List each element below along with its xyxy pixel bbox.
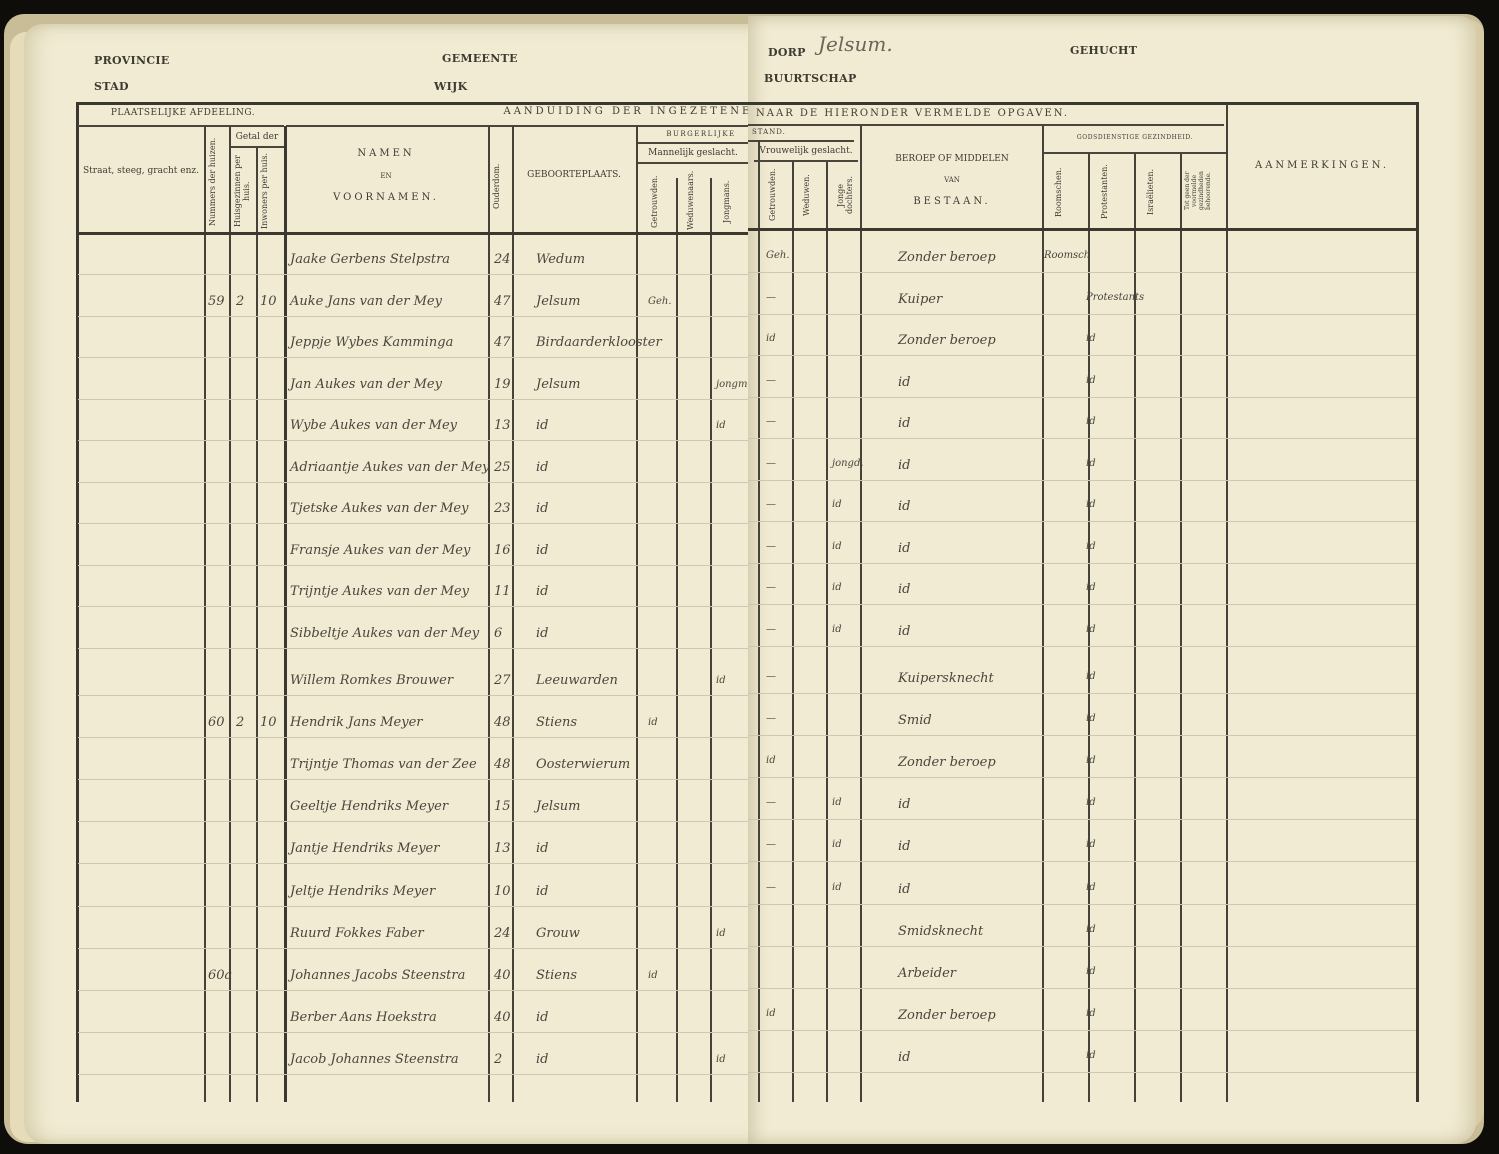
birthplace: id [536, 841, 548, 856]
married-female: — [766, 292, 776, 303]
unmarried-daughter: id [832, 499, 842, 510]
ruled-line [78, 274, 764, 275]
table-top-border [748, 102, 1418, 105]
bachelor: jongm. [716, 379, 751, 390]
col-divider [204, 126, 206, 1102]
protestant: id [1086, 966, 1096, 977]
ruled-line [748, 480, 1416, 481]
occupation: id [898, 797, 910, 812]
register-book: PROVINCIE STAD GEMEENTE WIJK PLAATSELIJK… [4, 14, 1484, 1144]
occupation: Smidsknecht [898, 924, 983, 939]
protestant: id [1086, 375, 1096, 386]
unmarried-daughter: id [832, 582, 842, 593]
straat-header: Straat, steeg, gracht enz. [82, 166, 200, 177]
divider [638, 162, 748, 164]
ruled-line [748, 777, 1416, 778]
ruled-line [748, 397, 1416, 398]
ruled-line [78, 316, 764, 317]
col-divider [758, 140, 760, 1102]
aanmerkingen-header: AANMERKINGEN. [1228, 160, 1416, 173]
divider [1044, 152, 1226, 154]
protestant: id [1086, 924, 1096, 935]
getal-der-header: Getal der [230, 132, 284, 143]
age: 48 [494, 757, 511, 772]
inwoners-header: Inwoners per huis. [260, 152, 269, 230]
divider [748, 124, 1224, 126]
occupation: id [898, 624, 910, 639]
col-divider [1180, 154, 1182, 1102]
ruled-line [748, 604, 1416, 605]
gemeente-label: GEMEENTE [442, 52, 518, 65]
age: 48 [494, 715, 511, 730]
occupation: id [898, 582, 910, 597]
birthplace: Stiens [536, 968, 577, 983]
ruled-line [748, 819, 1416, 820]
occupation: id [898, 499, 910, 514]
resident-name: Auke Jans van der Mey [290, 294, 442, 309]
house-number: 60 [208, 715, 225, 730]
bachelor: id [716, 420, 726, 431]
protestant: id [1086, 671, 1096, 682]
resident-name: Jeppje Wybes Kamminga [290, 335, 453, 350]
households-count: 2 [236, 715, 244, 730]
married-female: — [766, 582, 776, 593]
col-divider [1226, 104, 1228, 1102]
col-divider [636, 126, 638, 1102]
households-count: 2 [236, 294, 244, 309]
resident-name: Adriaantje Aukes van der Mey [290, 460, 489, 475]
ruled-line [78, 863, 764, 864]
resident-name: Jeltje Hendriks Meyer [290, 884, 435, 899]
naar-header: NAAR DE HIERONDER VERMELDE OPGAVEN. [756, 108, 1216, 121]
age: 11 [494, 584, 511, 599]
protestant: id [1086, 1050, 1096, 1061]
resident-name: Tjetske Aukes van der Mey [290, 501, 468, 516]
namen-en: EN [286, 172, 486, 181]
protestant: id [1086, 499, 1096, 510]
married-female: — [766, 416, 776, 427]
age: 27 [494, 673, 511, 688]
birthplace: id [536, 418, 548, 433]
protestant: id [1086, 416, 1096, 427]
birthplace: Birdaarderklooster [536, 335, 662, 350]
table-top-border [76, 102, 764, 105]
married-female: — [766, 713, 776, 724]
birthplace: id [536, 1010, 548, 1025]
protestant: id [1086, 797, 1096, 808]
ruled-line [748, 988, 1416, 989]
ruled-line [78, 737, 764, 738]
married-female: — [766, 458, 776, 469]
married-female: — [766, 839, 776, 850]
ruled-line [78, 779, 764, 780]
age: 15 [494, 799, 511, 814]
beroep-van: VAN [862, 176, 1042, 185]
age: 24 [494, 926, 511, 941]
married-female: — [766, 797, 776, 808]
divider [230, 146, 284, 148]
married-female: — [766, 541, 776, 552]
ruled-line [78, 821, 764, 822]
bestaan-header: BESTAAN. [862, 196, 1042, 209]
dorp-label: DORP [768, 46, 806, 59]
unmarried-daughter: id [832, 797, 842, 808]
occupation: id [898, 375, 910, 390]
col-divider [284, 126, 287, 1102]
ruled-line [78, 565, 764, 566]
divider [638, 142, 764, 144]
ouderdom-header: Ouderdom. [492, 144, 501, 228]
ruled-line [748, 693, 1416, 694]
ruled-line [748, 355, 1416, 356]
resident-name: Hendrik Jans Meyer [290, 715, 423, 730]
divider [286, 125, 764, 127]
ruled-line [748, 1030, 1416, 1031]
resident-name: Jacob Johannes Steenstra [290, 1052, 459, 1067]
occupation: id [898, 839, 910, 854]
married-male: id [648, 970, 658, 981]
married-female: id [766, 755, 776, 766]
occupation: id [898, 458, 910, 473]
ruled-line [78, 440, 764, 441]
roomschen-header: Roomschen. [1054, 160, 1063, 224]
ruled-line [78, 1074, 764, 1075]
burgerlijke-header: BURGERLIJKE [638, 130, 764, 139]
birthplace: id [536, 460, 548, 475]
birthplace: Grouw [536, 926, 580, 941]
age: 16 [494, 543, 511, 558]
ruled-line [78, 648, 764, 649]
header-bottom-rule [748, 228, 1418, 231]
age: 10 [494, 884, 511, 899]
age: 47 [494, 294, 511, 309]
tot-geen-header: Tot geen der voormelde gezindheden behoo… [1184, 156, 1220, 226]
col-divider [710, 178, 712, 1102]
getrouwden-m-header: Getrouwden. [650, 174, 659, 230]
unmarried-daughter: id [832, 541, 842, 552]
protestant: id [1086, 541, 1096, 552]
buurtschap-label: BUURTSCHAP [764, 72, 857, 85]
occupation: Zonder beroep [898, 250, 996, 265]
col-divider [488, 126, 490, 1102]
unmarried-daughter: id [832, 839, 842, 850]
occupation: Zonder beroep [898, 755, 996, 770]
resident-name: Jantje Hendriks Meyer [290, 841, 439, 856]
protestant: id [1086, 882, 1096, 893]
married-female: — [766, 375, 776, 386]
married-female: id [766, 333, 776, 344]
table-left-border [76, 102, 79, 1102]
table-right-border [1416, 102, 1419, 1102]
ruled-line [78, 357, 764, 358]
occupation: Zonder beroep [898, 333, 996, 348]
married-female: — [766, 499, 776, 510]
age: 25 [494, 460, 511, 475]
jongmans-header: Jongmans. [722, 174, 731, 230]
birthplace: id [536, 1052, 548, 1067]
ruled-line [748, 272, 1416, 273]
ruled-line [748, 946, 1416, 947]
protestant: id [1086, 624, 1096, 635]
occupation: id [898, 882, 910, 897]
divider [78, 125, 284, 127]
weduwen-header: Weduwen. [802, 166, 811, 224]
resident-name: Jaake Gerbens Stelpstra [290, 252, 450, 267]
birthplace: Leeuwarden [536, 673, 618, 688]
married-male: id [648, 717, 658, 728]
ruled-line [78, 990, 764, 991]
ruled-line [748, 563, 1416, 564]
occupation: Arbeider [898, 966, 956, 981]
resident-name: Ruurd Fokkes Faber [290, 926, 424, 941]
dorp-value: Jelsum. [818, 32, 893, 56]
ruled-line [748, 735, 1416, 736]
ruled-line [748, 521, 1416, 522]
occupation: Smid [898, 713, 932, 728]
married-female: Geh. [766, 250, 790, 261]
huisgezinnen-header: Huisgezinnen per huis. [233, 152, 251, 230]
voornamen-header: VOORNAMEN. [286, 192, 486, 205]
col-divider [256, 148, 258, 1102]
nummers-header: Nummers der huizen. [208, 134, 217, 230]
resident-name: Jan Aukes van der Mey [290, 377, 442, 392]
weduwenaars-header: Weduwenaars. [686, 174, 695, 230]
house-number: 59 [208, 294, 225, 309]
ruled-line [78, 906, 764, 907]
birthplace: Stiens [536, 715, 577, 730]
ruled-line [748, 1072, 1416, 1073]
birthplace: id [536, 501, 548, 516]
geboorteplaats-header: GEBOORTEPLAATS. [514, 170, 634, 181]
bachelor: id [716, 675, 726, 686]
age: 40 [494, 1010, 511, 1025]
resident-name: Sibbeltje Aukes van der Mey [290, 626, 479, 641]
married-female: — [766, 882, 776, 893]
resident-name: Willem Romkes Brouwer [290, 673, 453, 688]
unmarried-daughter: jongd. [832, 458, 864, 469]
resident-name: Johannes Jacobs Steenstra [290, 968, 465, 983]
occupation: id [898, 541, 910, 556]
resident-name: Fransje Aukes van der Mey [290, 543, 470, 558]
age: 24 [494, 252, 511, 267]
israelieten-header: Israëlieten. [1146, 160, 1155, 224]
right-page: DORP Jelsum. GEHUCHT BUURTSCHAP NAAR DE … [748, 16, 1476, 1144]
occupation: id [898, 1050, 910, 1065]
header-bottom-rule [78, 232, 764, 235]
residents-count: 10 [260, 715, 277, 730]
age: 13 [494, 841, 511, 856]
stand-header: STAND. [752, 128, 812, 137]
age: 19 [494, 377, 511, 392]
vrouwelijk-header: Vrouwelijk geslacht. [756, 146, 856, 157]
col-divider [512, 126, 514, 1102]
protestant: id [1086, 1008, 1096, 1019]
birthplace: id [536, 884, 548, 899]
occupation: id [898, 416, 910, 431]
ruled-line [78, 948, 764, 949]
ruled-line [748, 904, 1416, 905]
col-divider [826, 162, 828, 1102]
divider [748, 140, 854, 142]
col-divider [792, 162, 794, 1102]
age: 23 [494, 501, 511, 516]
col-divider [229, 126, 231, 1102]
divider [754, 160, 858, 162]
age: 13 [494, 418, 511, 433]
occupation: Zonder beroep [898, 1008, 996, 1023]
occupation: Kuipersknecht [898, 671, 994, 686]
unmarried-daughter: id [832, 624, 842, 635]
ruled-line [78, 399, 764, 400]
birthplace: Jelsum [536, 377, 580, 392]
resident-name: Geeltje Hendriks Meyer [290, 799, 448, 814]
resident-name: Wybe Aukes van der Mey [290, 418, 457, 433]
ruled-line [748, 314, 1416, 315]
gehucht-label: GEHUCHT [1070, 44, 1137, 57]
bachelor: id [716, 1054, 726, 1065]
provincie-label: PROVINCIE [94, 54, 170, 67]
birthplace: Wedum [536, 252, 585, 267]
ruled-line [78, 606, 764, 607]
resident-name: Berber Aans Hoekstra [290, 1010, 437, 1025]
residents-count: 10 [260, 294, 277, 309]
house-number: 60a [208, 968, 232, 983]
plaatselijke-header: PLAATSELIJKE AFDEELING. [80, 108, 286, 119]
age: 47 [494, 335, 511, 350]
protestant: id [1086, 713, 1096, 724]
ruled-line [748, 438, 1416, 439]
stad-label: STAD [94, 80, 129, 93]
birthplace: id [536, 626, 548, 641]
married-female: — [766, 624, 776, 635]
married-female: id [766, 1008, 776, 1019]
protestant: id [1086, 755, 1096, 766]
protestant: id [1086, 458, 1096, 469]
birthplace: Oosterwierum [536, 757, 630, 772]
birthplace: Jelsum [536, 799, 580, 814]
resident-name: Trijntje Thomas van der Zee [290, 757, 477, 772]
protestant: id [1086, 839, 1096, 850]
col-divider [676, 178, 678, 1102]
ruled-line [78, 523, 764, 524]
married-male: Geh. [648, 296, 672, 307]
age: 40 [494, 968, 511, 983]
age: 2 [494, 1052, 502, 1067]
left-page: PROVINCIE STAD GEMEENTE WIJK PLAATSELIJK… [24, 24, 764, 1144]
protestant: id [1086, 582, 1096, 593]
ruled-line [78, 695, 764, 696]
ruled-line [78, 1032, 764, 1033]
namen-header: NAMEN [286, 148, 486, 161]
birthplace: Jelsum [536, 294, 580, 309]
ruled-line [78, 482, 764, 483]
protestanten-header: Protestanten. [1100, 160, 1109, 224]
protestant: Protestants [1086, 292, 1144, 303]
married-female: — [766, 671, 776, 682]
birthplace: id [536, 543, 548, 558]
unmarried-daughter: id [832, 882, 842, 893]
jonge-dochters-header: Jonge dochters. [836, 166, 854, 224]
occupation: Kuiper [898, 292, 942, 307]
bachelor: id [716, 928, 726, 939]
aanduiding-header: AANDUIDING DER INGEZETENEN [464, 106, 764, 119]
birthplace: id [536, 584, 548, 599]
ruled-line [748, 646, 1416, 647]
protestant: id [1086, 333, 1096, 344]
roman-catholic: Roomsch [1044, 250, 1090, 261]
mannelijk-header: Mannelijk geslacht. [638, 148, 748, 159]
ruled-line [748, 861, 1416, 862]
wijk-label: WIJK [434, 80, 467, 93]
godsdienst-header: GODSDIENSTIGE GEZINDHEID. [1044, 134, 1226, 142]
beroep-header: BEROEP OF MIDDELEN [862, 154, 1042, 165]
resident-name: Trijntje Aukes van der Mey [290, 584, 469, 599]
age: 6 [494, 626, 502, 641]
getrouwden-v-header: Getrouwden. [768, 166, 777, 224]
